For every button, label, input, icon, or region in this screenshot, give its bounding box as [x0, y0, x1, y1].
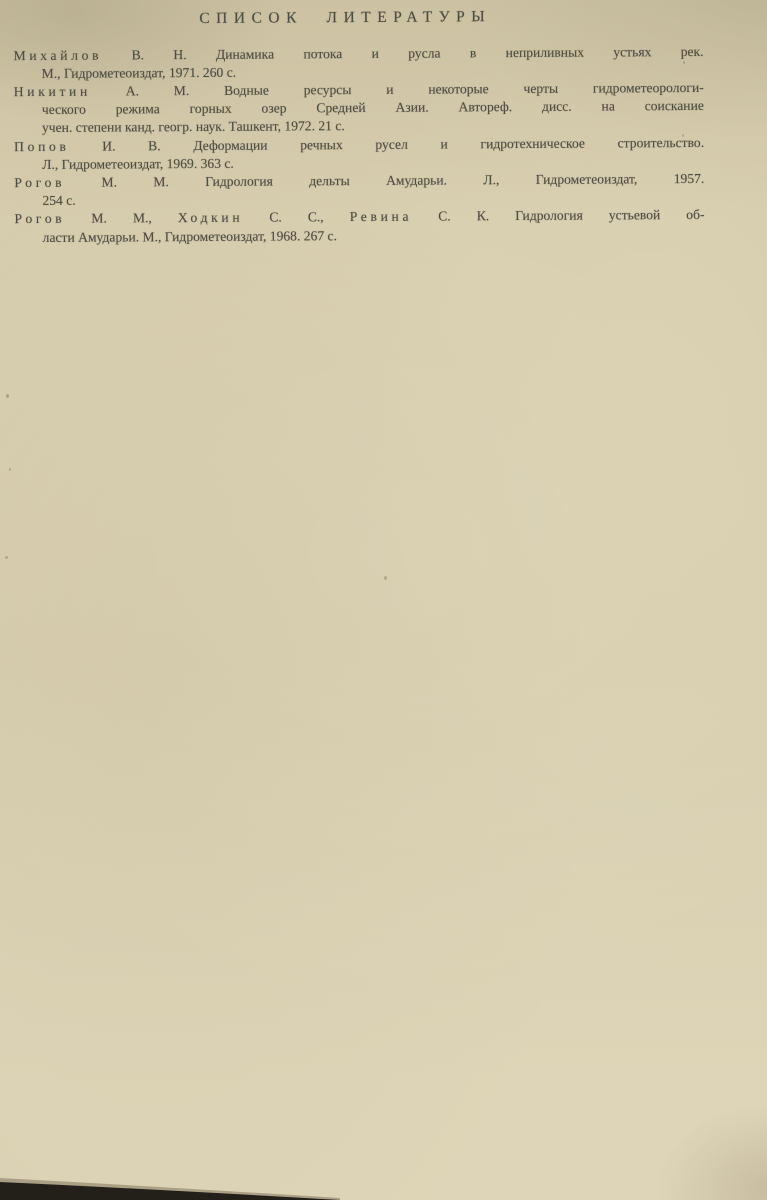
reference-number: 5.	[0, 210, 6, 228]
author-name: Михайлов	[13, 47, 102, 63]
reference-text: В. Н. Динамика потока и русла в неприлив…	[102, 43, 703, 62]
reference-item: 5.Рогов М. М., Ходкин С. С., Ревина С. К…	[14, 206, 704, 247]
reference-text: Л., Гидрометеоиздат, 1969. 363 с.	[42, 155, 234, 171]
reference-list: 1.Михайлов В. Н. Динамика потока и русла…	[13, 42, 704, 246]
reference-item: 4.Рогов М. М. Гидрология дельты Амударьи…	[14, 170, 704, 211]
book-page-edge-shadow	[0, 1176, 340, 1200]
author-name: Рогов	[14, 175, 65, 190]
reference-number: 4.	[0, 174, 5, 192]
page-title: СПИСОК ЛИТЕРАТУРЫ	[0, 7, 690, 29]
reference-item: 3.Попов И. В. Деформации речных русел и …	[14, 133, 704, 174]
reference-text: М. М.,	[65, 210, 178, 226]
reference-line: ласти Амударьи. М., Гидрометеоиздат, 196…	[15, 224, 705, 246]
reference-number: 3.	[0, 138, 5, 156]
reference-item: 2.Никитин А. М. Водные ресурсы и некотор…	[14, 79, 704, 138]
reference-text: А. М. Водные ресурсы и некоторые черты г…	[91, 80, 704, 99]
reference-item: 1.Михайлов В. Н. Динамика потока и русла…	[13, 42, 703, 83]
reference-text: М., Гидрометеоиздат, 1971. 260 с.	[42, 64, 237, 80]
reference-number: 2.	[0, 83, 5, 101]
reference-text: С. К. Гидрология устьевой об-	[412, 207, 704, 224]
reference-text: М. М. Гидрология дельты Амударьи. Л., Ги…	[65, 171, 704, 190]
reference-text: учен. степени канд. геогр. наук. Ташкент…	[42, 118, 345, 135]
page-content: СПИСОК ЛИТЕРАТУРЫ 1.Михайлов В. Н. Динам…	[13, 0, 703, 2]
reference-text: 254 с.	[42, 193, 75, 208]
author-name: Ревина	[350, 209, 413, 224]
reference-text: ческого режима горных озер Средней Азии.…	[42, 98, 704, 117]
author-name: Рогов	[14, 211, 65, 226]
author-name: Попов	[14, 138, 70, 153]
author-name: Ходкин	[178, 210, 244, 225]
reference-text: ласти Амударьи. М., Гидрометеоиздат, 196…	[43, 228, 337, 245]
reference-number: 1.	[0, 47, 5, 65]
scanned-book-page: СПИСОК ЛИТЕРАТУРЫ 1.Михайлов В. Н. Динам…	[0, 0, 767, 1200]
reference-text: И. В. Деформации речных русел и гидротех…	[70, 134, 705, 153]
author-name: Никитин	[14, 84, 91, 99]
reference-text: С. С.,	[243, 209, 350, 225]
